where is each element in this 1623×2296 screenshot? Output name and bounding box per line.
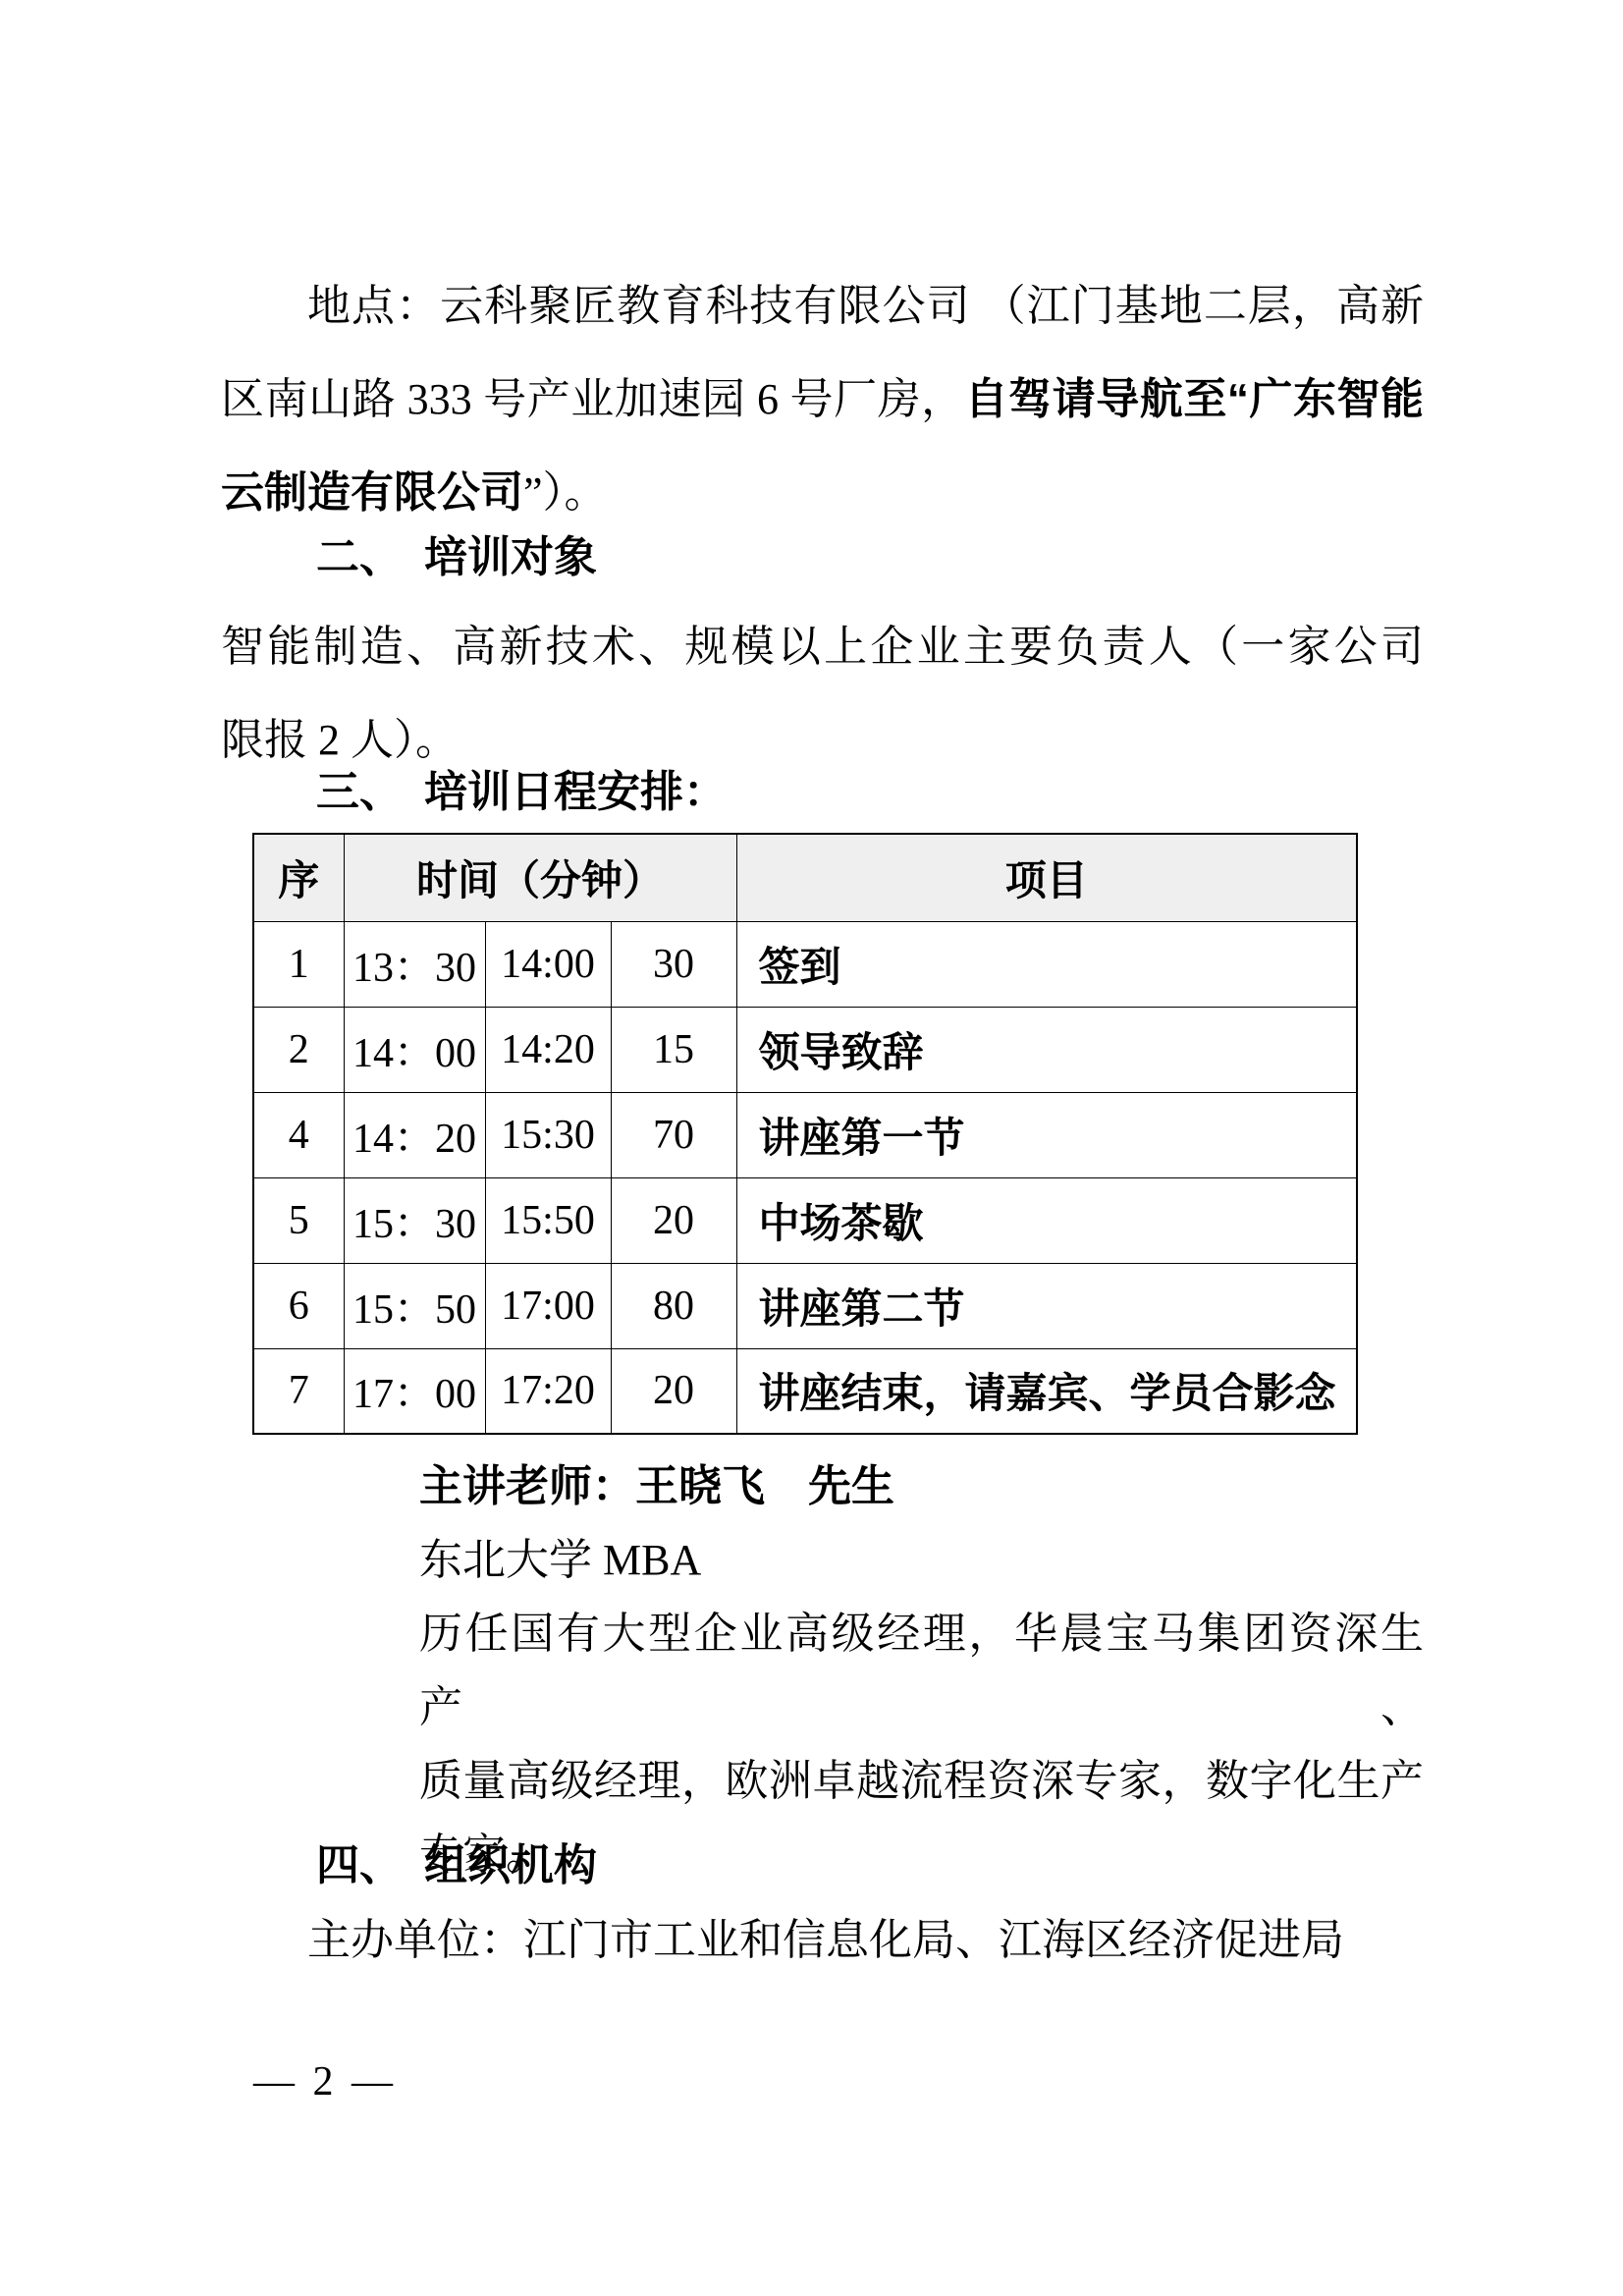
cell-item: 签到 xyxy=(736,921,1357,1007)
cell-start-time: 13：30 xyxy=(344,921,485,1007)
cell-seq: 4 xyxy=(253,1092,344,1177)
location-line-1: 地点：云科聚匠教育科技有限公司 （江门基地二层，高新 xyxy=(221,259,1424,353)
teacher-degree: 东北大学 MBA xyxy=(419,1523,1424,1597)
cell-item: 讲座结束，请嘉宾、学员合影念 xyxy=(736,1348,1357,1434)
location-paragraph: 地点：云科聚匠教育科技有限公司 （江门基地二层，高新 区南山路 333 号产业加… xyxy=(221,259,1424,539)
col-header-seq: 序 xyxy=(253,834,344,921)
audience-line-1: 智能制造、高新技术、规模以上企业主要负责人（一家公司 xyxy=(221,600,1424,693)
organizer-line: 主办单位：江门市工业和信息化局、江海区经济促进局 xyxy=(307,1893,1427,1987)
cell-minutes: 30 xyxy=(611,921,736,1007)
cell-end-time: 17:20 xyxy=(485,1348,611,1434)
cell-end-time: 17:00 xyxy=(485,1263,611,1348)
teacher-block: 主讲老师：王晓飞 先生 东北大学 MBA 历任国有大型企业高级经理，华晨宝马集团… xyxy=(419,1449,1424,1891)
cell-minutes: 20 xyxy=(611,1177,736,1263)
schedule-row: 5 15：30 15:50 20 中场茶歇 xyxy=(253,1177,1357,1263)
schedule-row: 6 15：50 17:00 80 讲座第二节 xyxy=(253,1263,1357,1348)
cell-start-time: 15：50 xyxy=(344,1263,485,1348)
heading-training-schedule: 三、 培训日程安排： xyxy=(316,763,727,822)
heading-training-audience: 二、 培训对象 xyxy=(316,528,597,587)
schedule-row: 1 13：30 14:00 30 签到 xyxy=(253,921,1357,1007)
location-line3-normal: ”）。 xyxy=(523,468,608,517)
cell-seq: 5 xyxy=(253,1177,344,1263)
cell-minutes: 15 xyxy=(611,1007,736,1092)
cell-item: 领导致辞 xyxy=(736,1007,1357,1092)
teacher-bio-line-1: 历任国有大型企业高级经理，华晨宝马集团资深生产、 xyxy=(419,1597,1424,1744)
cell-item: 中场茶歇 xyxy=(736,1177,1357,1263)
audience-paragraph: 智能制造、高新技术、规模以上企业主要负责人（一家公司 限报 2 人）。 xyxy=(221,600,1424,787)
col-header-time: 时间（分钟） xyxy=(344,834,736,921)
cell-minutes: 70 xyxy=(611,1092,736,1177)
document-page: 地点：云科聚匠教育科技有限公司 （江门基地二层，高新 区南山路 333 号产业加… xyxy=(0,0,1623,2296)
cell-start-time: 17：00 xyxy=(344,1348,485,1434)
schedule-table: 序 时间（分钟） 项目 1 13：30 14:00 30 签到 2 14：00 … xyxy=(252,833,1358,1435)
cell-end-time: 14:00 xyxy=(485,921,611,1007)
teacher-title: 主讲老师：王晓飞 先生 xyxy=(419,1449,1424,1523)
schedule-row: 4 14：20 15:30 70 讲座第一节 xyxy=(253,1092,1357,1177)
location-line2-bold: 自驾请导航至“广东智能 xyxy=(965,375,1424,423)
cell-end-time: 14:20 xyxy=(485,1007,611,1092)
location-line-3: 云制造有限公司”）。 xyxy=(221,446,1424,539)
cell-end-time: 15:50 xyxy=(485,1177,611,1263)
schedule-header-row: 序 时间（分钟） 项目 xyxy=(253,834,1357,921)
col-header-item: 项目 xyxy=(736,834,1357,921)
location-line-2: 区南山路 333 号产业加速园 6 号厂房，自驾请导航至“广东智能 xyxy=(221,353,1424,446)
cell-item: 讲座第二节 xyxy=(736,1263,1357,1348)
cell-seq: 1 xyxy=(253,921,344,1007)
cell-start-time: 15：30 xyxy=(344,1177,485,1263)
heading-organization: 四、 组织机构 xyxy=(316,1836,597,1895)
cell-minutes: 20 xyxy=(611,1348,736,1434)
cell-seq: 7 xyxy=(253,1348,344,1434)
schedule-row: 2 14：00 14:20 15 领导致辞 xyxy=(253,1007,1357,1092)
schedule-row: 7 17：00 17:20 20 讲座结束，请嘉宾、学员合影念 xyxy=(253,1348,1357,1434)
cell-seq: 6 xyxy=(253,1263,344,1348)
cell-end-time: 15:30 xyxy=(485,1092,611,1177)
teacher-bio-line-2: 质量高级经理，欧洲卓越流程资深专家，数字化生产 xyxy=(419,1744,1424,1818)
cell-start-time: 14：00 xyxy=(344,1007,485,1092)
cell-seq: 2 xyxy=(253,1007,344,1092)
page-number: — 2 — xyxy=(253,2057,397,2106)
cell-item: 讲座第一节 xyxy=(736,1092,1357,1177)
location-line2-normal: 区南山路 333 号产业加速园 6 号厂房， xyxy=(221,375,965,423)
location-line3-bold: 云制造有限公司 xyxy=(221,468,523,517)
cell-start-time: 14：20 xyxy=(344,1092,485,1177)
cell-minutes: 80 xyxy=(611,1263,736,1348)
